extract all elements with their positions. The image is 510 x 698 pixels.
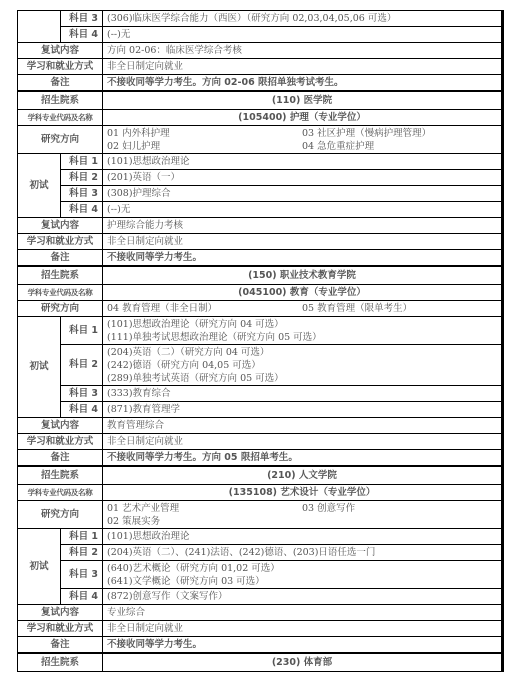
major-value: (045100) 教育（专业学位） (103, 285, 503, 301)
department-label: 招生院系 (18, 653, 103, 672)
subject4-label: 科目 4 (61, 27, 103, 43)
table-row-subject3: 科目 3 (640)艺术概论（研究方向 01,02 可选） (641)文学概论（… (18, 561, 503, 589)
subject1-value: (101)思想政治理论 (103, 529, 503, 545)
subject-option: (242)德语（研究方向 04,05 可选） (107, 359, 497, 372)
subject-option: (641)文学概论（研究方向 03 可选） (107, 575, 497, 588)
table-row-subject2: 科目 2 (204)英语（二）（研究方向 04 可选） (242)德语（研究方向… (18, 345, 503, 386)
direction-item: 02 妇儿护理 (107, 140, 302, 153)
subject3-label: 科目 3 (61, 186, 103, 202)
retest-value: 护理综合能力考核 (103, 218, 503, 234)
remarks-label: 备注 (18, 637, 103, 654)
subject-option: (640)艺术概论（研究方向 01,02 可选） (107, 562, 497, 575)
directions-label: 研究方向 (18, 501, 103, 529)
subject1-value: (101)思想政治理论（研究方向 04 可选） (111)单独考试思想政治理论（… (103, 317, 503, 345)
subject4-value: (871)教育管理学 (103, 402, 503, 418)
department-value: (150) 职业技术教育学院 (103, 266, 503, 285)
remarks-value: 不接收同等学力考生。 (103, 637, 503, 654)
subject4-label: 科目 4 (61, 202, 103, 218)
table-row-study-mode: 学习和就业方式 非全日制定向就业 (18, 621, 503, 637)
direction-item: 03 创意写作 (302, 502, 497, 515)
major-label: 学科专业代码及名称 (18, 485, 103, 501)
initial-exam-label-cell (18, 11, 61, 43)
table-row-subject2: 科目 2 (201)英语（一） (18, 170, 503, 186)
department-value: (110) 医学院 (103, 91, 503, 110)
department-value: (210) 人文学院 (103, 466, 503, 485)
remarks-value: 不接收同等学力考生。 (103, 250, 503, 267)
subject2-value: (201)英语（一） (103, 170, 503, 186)
retest-label: 复试内容 (18, 43, 103, 59)
subject3-label: 科目 3 (61, 561, 103, 589)
subject4-value: (872)创意写作（文案写作） (103, 589, 503, 605)
remarks-label: 备注 (18, 75, 103, 92)
initial-exam-label: 初试 (18, 154, 61, 218)
study-mode-value: 非全日制定向就业 (103, 621, 503, 637)
subject4-label: 科目 4 (61, 402, 103, 418)
retest-label: 复试内容 (18, 218, 103, 234)
remarks-value: 不接收同等学力考生。方向 05 限招单考生。 (103, 450, 503, 467)
subject2-value: (204)英语（二）（研究方向 04 可选） (242)德语（研究方向 04,0… (103, 345, 503, 386)
table-row-major: 学科专业代码及名称 (045100) 教育（专业学位） (18, 285, 503, 301)
table-row-department: 招生院系 (110) 医学院 (18, 91, 503, 110)
major-label: 学科专业代码及名称 (18, 110, 103, 126)
table-row-subject1: 初试 科目 1 (101)思想政治理论（研究方向 04 可选） (111)单独考… (18, 317, 503, 345)
study-mode-label: 学习和就业方式 (18, 621, 103, 637)
remarks-value: 不接收同等学力考生。方向 02-06 限招单独考试考生。 (103, 75, 503, 92)
subject2-value: (204)英语（二）、(241)法语、(242)德语、(203)日语任选一门 (103, 545, 503, 561)
direction-item: 01 内外科护理 (107, 127, 302, 140)
department-value: (230) 体育部 (103, 653, 503, 672)
table-row-subject4: 科目 4 (--)无 (18, 27, 503, 43)
directions-value: 01 艺术产业管理 03 创意写作 02 策展实务 (103, 501, 503, 529)
major-value: (105400) 护理（专业学位） (103, 110, 503, 126)
subject4-value: (--)无 (103, 202, 503, 218)
table-row-major: 学科专业代码及名称 (135108) 艺术设计（专业学位） (18, 485, 503, 501)
admissions-table: 科目 3 (306)临床医学综合能力（西医）（研究方向 02,03,04,05,… (17, 10, 504, 672)
subject3-value: (640)艺术概论（研究方向 01,02 可选） (641)文学概论（研究方向 … (103, 561, 503, 589)
subject-option: (111)单独考试思想政治理论（研究方向 05 可选） (107, 331, 497, 344)
initial-exam-label: 初试 (18, 317, 61, 418)
remarks-label: 备注 (18, 250, 103, 267)
retest-value: 专业综合 (103, 605, 503, 621)
subject-option: (289)单独考试英语（研究方向 05 可选） (107, 372, 497, 385)
direction-item: 02 策展实务 (107, 515, 302, 528)
directions-value: 01 内外科护理 03 社区护理（慢病护理管理） 02 妇儿护理 04 急危重症… (103, 126, 503, 154)
department-label: 招生院系 (18, 466, 103, 485)
major-value: (135108) 艺术设计（专业学位） (103, 485, 503, 501)
table-row-subject4: 科目 4 (--)无 (18, 202, 503, 218)
table-row-directions: 研究方向 01 艺术产业管理 03 创意写作 02 策展实务 (18, 501, 503, 529)
direction-item: 05 教育管理（限单考生） (302, 302, 497, 315)
subject1-value: (101)思想政治理论 (103, 154, 503, 170)
retest-label: 复试内容 (18, 605, 103, 621)
table-row-department: 招生院系 (230) 体育部 (18, 653, 503, 672)
table-row-department: 招生院系 (150) 职业技术教育学院 (18, 266, 503, 285)
table-row-study-mode: 学习和就业方式 非全日制定向就业 (18, 234, 503, 250)
subject4-label: 科目 4 (61, 589, 103, 605)
subject1-label: 科目 1 (61, 317, 103, 345)
study-mode-value: 非全日制定向就业 (103, 434, 503, 450)
table-row-major: 学科专业代码及名称 (105400) 护理（专业学位） (18, 110, 503, 126)
subject3-label: 科目 3 (61, 386, 103, 402)
table-row-study-mode: 学习和就业方式 非全日制定向就业 (18, 434, 503, 450)
study-mode-value: 非全日制定向就业 (103, 59, 503, 75)
subject2-label: 科目 2 (61, 345, 103, 386)
direction-item: 01 艺术产业管理 (107, 502, 302, 515)
subject2-label: 科目 2 (61, 545, 103, 561)
study-mode-label: 学习和就业方式 (18, 434, 103, 450)
study-mode-label: 学习和就业方式 (18, 234, 103, 250)
subject1-label: 科目 1 (61, 529, 103, 545)
table-row-study-mode: 学习和就业方式 非全日制定向就业 (18, 59, 503, 75)
table-row-subject4: 科目 4 (871)教育管理学 (18, 402, 503, 418)
study-mode-label: 学习和就业方式 (18, 59, 103, 75)
table-row-remarks: 备注 不接收同等学力考生。 (18, 250, 503, 267)
subject4-value: (--)无 (103, 27, 503, 43)
direction-item: 04 教育管理（非全日制） (107, 302, 302, 315)
subject3-value: (308)护理综合 (103, 186, 503, 202)
subject3-value: (306)临床医学综合能力（西医）（研究方向 02,03,04,05,06 可选… (103, 11, 503, 27)
subject2-label: 科目 2 (61, 170, 103, 186)
initial-exam-label: 初试 (18, 529, 61, 605)
table-row-subject3: 科目 3 (308)护理综合 (18, 186, 503, 202)
subject-option: (101)思想政治理论（研究方向 04 可选） (107, 318, 497, 331)
direction-item: 04 急危重症护理 (302, 140, 497, 153)
table-row-remarks: 备注 不接收同等学力考生。方向 05 限招单考生。 (18, 450, 503, 467)
subject1-label: 科目 1 (61, 154, 103, 170)
remarks-label: 备注 (18, 450, 103, 467)
department-label: 招生院系 (18, 91, 103, 110)
major-label: 学科专业代码及名称 (18, 285, 103, 301)
table-row-retest: 复试内容 教育管理综合 (18, 418, 503, 434)
table-row-directions: 研究方向 01 内外科护理 03 社区护理（慢病护理管理） 02 妇儿护理 04… (18, 126, 503, 154)
subject3-label: 科目 3 (61, 11, 103, 27)
direction-item: 03 社区护理（慢病护理管理） (302, 127, 497, 140)
table-row-retest: 复试内容 方向 02-06：临床医学综合考核 (18, 43, 503, 59)
department-label: 招生院系 (18, 266, 103, 285)
table-row-retest: 复试内容 专业综合 (18, 605, 503, 621)
retest-label: 复试内容 (18, 418, 103, 434)
table-row-directions: 研究方向 04 教育管理（非全日制） 05 教育管理（限单考生） (18, 301, 503, 317)
retest-value: 方向 02-06：临床医学综合考核 (103, 43, 503, 59)
table-row-remarks: 备注 不接收同等学力考生。 (18, 637, 503, 654)
table-row-subject1: 初试 科目 1 (101)思想政治理论 (18, 154, 503, 170)
table-row-subject3: 科目 3 (333)教育综合 (18, 386, 503, 402)
table-row-subject4: 科目 4 (872)创意写作（文案写作） (18, 589, 503, 605)
table-row-retest: 复试内容 护理综合能力考核 (18, 218, 503, 234)
admissions-catalog-page: 科目 3 (306)临床医学综合能力（西医）（研究方向 02,03,04,05,… (17, 10, 502, 672)
directions-value: 04 教育管理（非全日制） 05 教育管理（限单考生） (103, 301, 503, 317)
table-row-subject2: 科目 2 (204)英语（二）、(241)法语、(242)德语、(203)日语任… (18, 545, 503, 561)
directions-label: 研究方向 (18, 126, 103, 154)
directions-label: 研究方向 (18, 301, 103, 317)
table-row-subject3: 科目 3 (306)临床医学综合能力（西医）（研究方向 02,03,04,05,… (18, 11, 503, 27)
subject-option: (204)英语（二）（研究方向 04 可选） (107, 346, 497, 359)
table-row-department: 招生院系 (210) 人文学院 (18, 466, 503, 485)
retest-value: 教育管理综合 (103, 418, 503, 434)
table-row-remarks: 备注 不接收同等学力考生。方向 02-06 限招单独考试考生。 (18, 75, 503, 92)
subject3-value: (333)教育综合 (103, 386, 503, 402)
study-mode-value: 非全日制定向就业 (103, 234, 503, 250)
table-row-subject1: 初试 科目 1 (101)思想政治理论 (18, 529, 503, 545)
